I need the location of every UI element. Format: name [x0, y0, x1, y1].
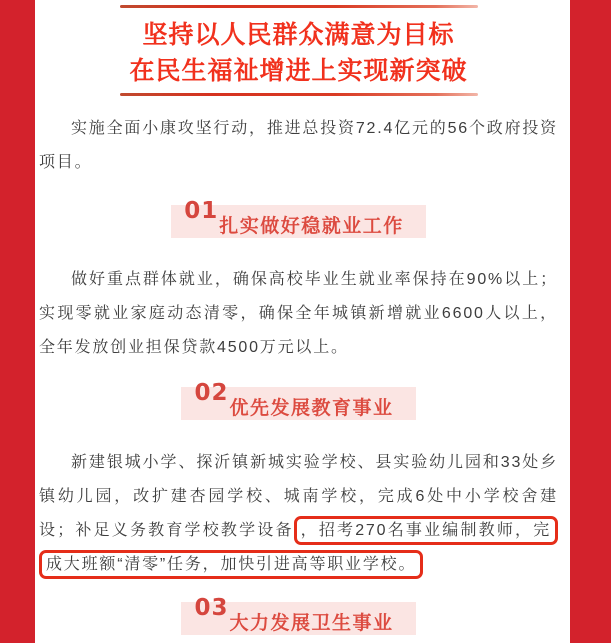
section-02-body: 新建银城小学、探沂镇新城实验学校、县实验幼儿园和33处乡镇幼儿园，改扩建杏园学校… — [39, 446, 558, 582]
section-02-header: 02 优先发展教育事业 — [39, 387, 558, 420]
article-title: 坚持以人民群众满意为目标 在民生福祉增进上实现新突破 — [39, 17, 558, 89]
right-red-bar — [570, 0, 611, 643]
section-01-header: 01 扎实做好稳就业工作 — [39, 205, 558, 238]
left-red-bar — [0, 0, 35, 643]
section-02-title: 优先发展教育事业 — [229, 388, 393, 420]
section-03-title: 大力发展卫生事业 — [229, 603, 393, 635]
section-01-number: 01 — [184, 198, 218, 224]
section-03-band: 03 大力发展卫生事业 — [181, 602, 415, 635]
title-divider-bottom — [120, 93, 478, 96]
article-content: 坚持以人民群众满意为目标 在民生福祉增进上实现新突破 实施全面小康攻坚行动，推进… — [35, 0, 570, 643]
section-03-header: 03 大力发展卫生事业 — [39, 602, 558, 635]
title-divider-top — [120, 5, 478, 8]
title-line-1: 坚持以人民群众满意为目标 — [39, 17, 558, 53]
section-01-band: 01 扎实做好稳就业工作 — [171, 205, 426, 238]
section-01-title: 扎实做好稳就业工作 — [219, 206, 404, 238]
section-01-body: 做好重点群体就业，确保高校毕业生就业率保持在90%以上；实现零就业家庭动态清零，… — [39, 263, 558, 365]
section-02-band: 02 优先发展教育事业 — [181, 387, 415, 420]
section-03-number: 03 — [194, 595, 228, 621]
title-line-2: 在民生福祉增进上实现新突破 — [39, 53, 558, 89]
section-02-number: 02 — [194, 380, 228, 406]
intro-paragraph: 实施全面小康攻坚行动，推进总投资72.4亿元的56个政府投资项目。 — [39, 112, 558, 180]
article-page: 坚持以人民群众满意为目标 在民生福祉增进上实现新突破 实施全面小康攻坚行动，推进… — [0, 0, 611, 643]
